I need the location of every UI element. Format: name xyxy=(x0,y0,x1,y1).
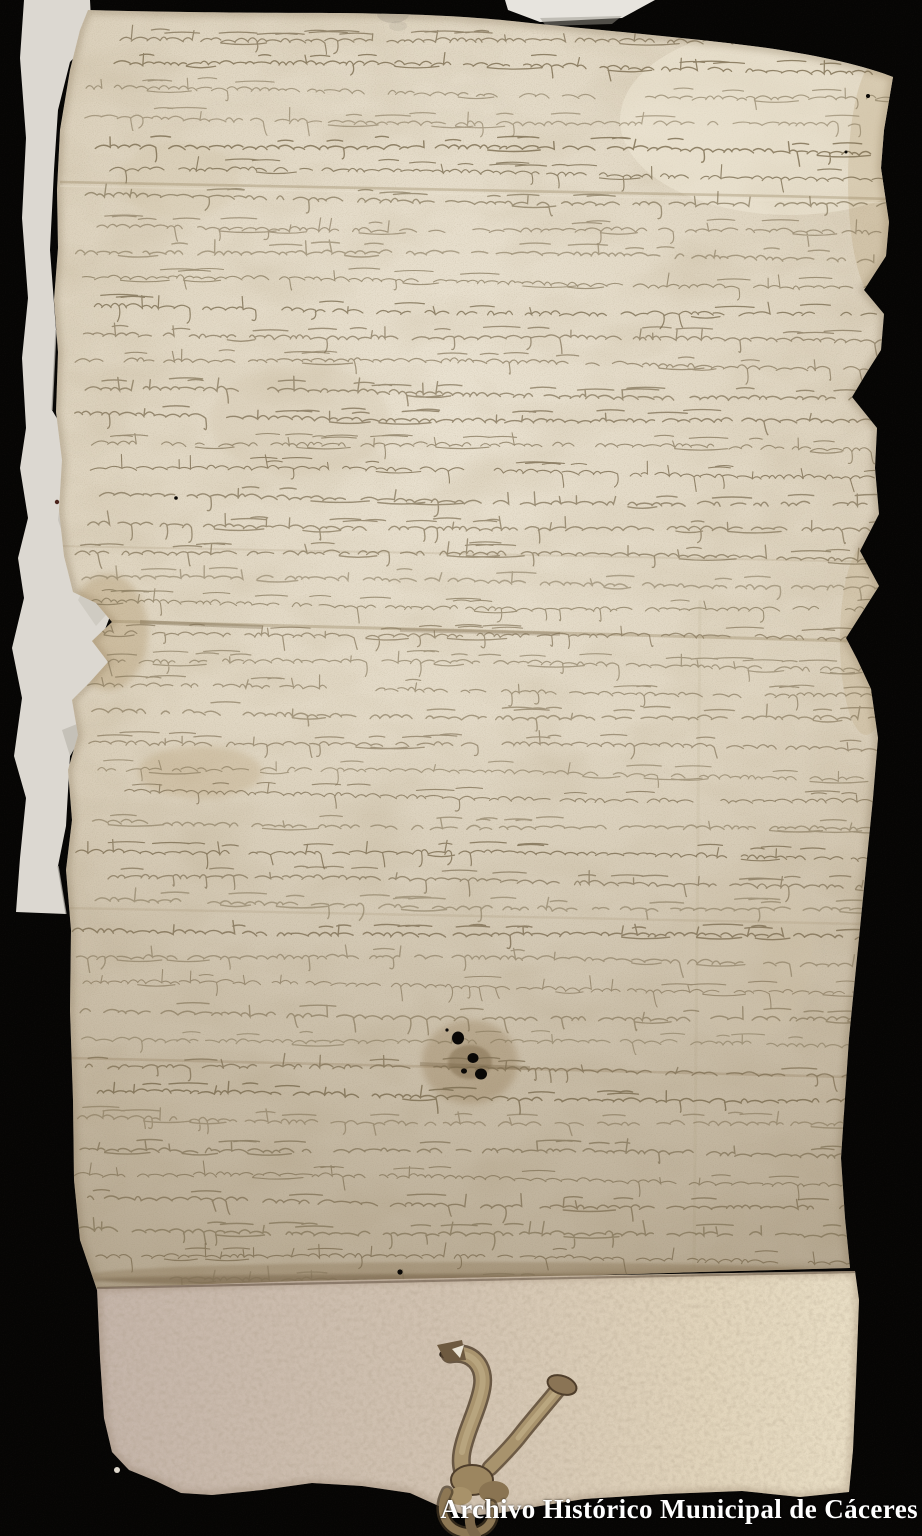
parchment xyxy=(40,0,922,1300)
archive-photograph: Archivo Histórico Municipal de Cáceres xyxy=(0,0,922,1536)
caption-text: Archivo Histórico Municipal de Cáceres xyxy=(440,1494,918,1524)
manuscript-photo xyxy=(0,0,922,1536)
caption: Archivo Histórico Municipal de Cáceres xyxy=(0,1494,918,1525)
